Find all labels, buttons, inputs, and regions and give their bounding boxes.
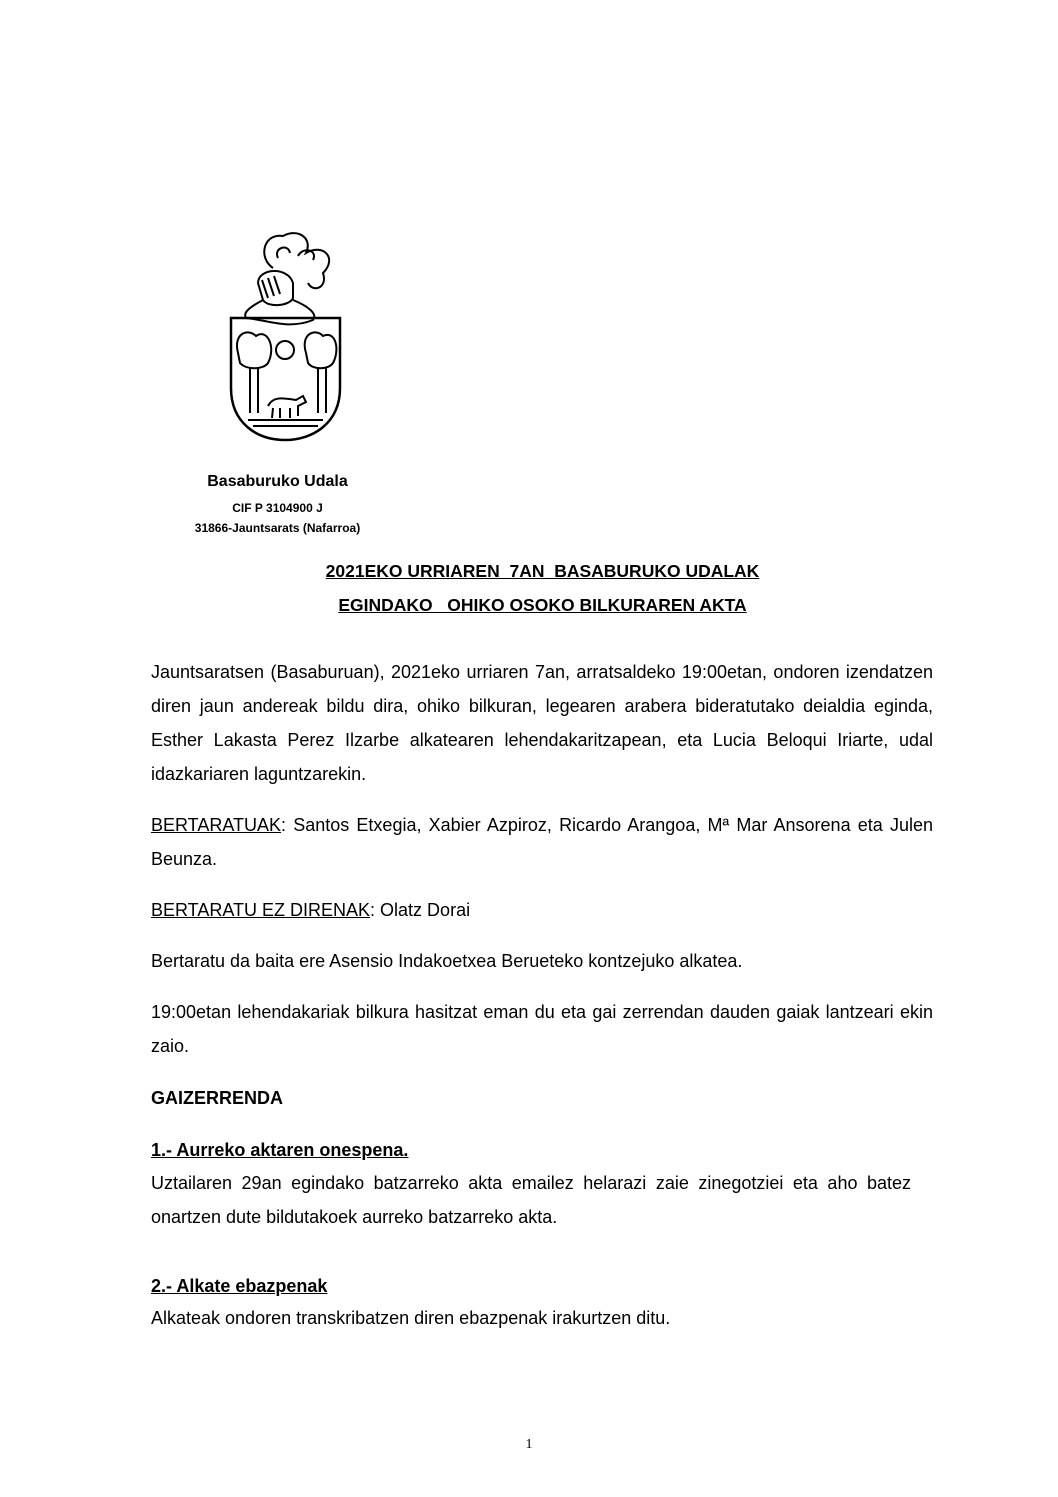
- agenda-item-1-text: Uztailaren 29an egindako batzarreko akta…: [151, 1166, 911, 1234]
- start-paragraph: 19:00etan lehendakariak bilkura hasitzat…: [151, 995, 933, 1063]
- attendees-paragraph: BERTARATUAK: Santos Etxegia, Xabier Azpi…: [151, 808, 933, 876]
- org-address: 31866-Jauntsarats (Nafarroa): [160, 521, 395, 535]
- agenda-item-1-heading: 1.- Aurreko aktaren onespena.: [151, 1133, 933, 1167]
- org-cif: CIF P 3104900 J: [160, 501, 395, 515]
- coat-of-arms-icon: [228, 228, 343, 443]
- absent-list: : Olatz Dorai: [370, 900, 470, 920]
- agenda-heading: GAIZERRENDA: [151, 1081, 933, 1115]
- document-title-line-2: EGINDAKO OHIKO OSOKO BILKURAREN AKTA: [0, 595, 1058, 616]
- agenda-item-2-heading: 2.- Alkate ebazpenak: [151, 1269, 933, 1303]
- attendees-label: BERTARATUAK: [151, 815, 281, 835]
- intro-paragraph: Jauntsaratsen (Basaburuan), 2021eko urri…: [151, 655, 933, 791]
- absent-paragraph: BERTARATU EZ DIRENAK: Olatz Dorai: [151, 893, 933, 927]
- agenda-item-2-text: Alkateak ondoren transkribatzen diren eb…: [151, 1301, 933, 1335]
- absent-label: BERTARATU EZ DIRENAK: [151, 900, 370, 920]
- org-name: Basaburuko Udala: [160, 473, 395, 491]
- also-present-paragraph: Bertaratu da baita ere Asensio Indakoetx…: [151, 944, 933, 978]
- document-title-line-1: 2021EKO URRIAREN 7AN BASABURUKO UDALAK: [0, 561, 1058, 582]
- page-number: 1: [0, 1437, 1058, 1453]
